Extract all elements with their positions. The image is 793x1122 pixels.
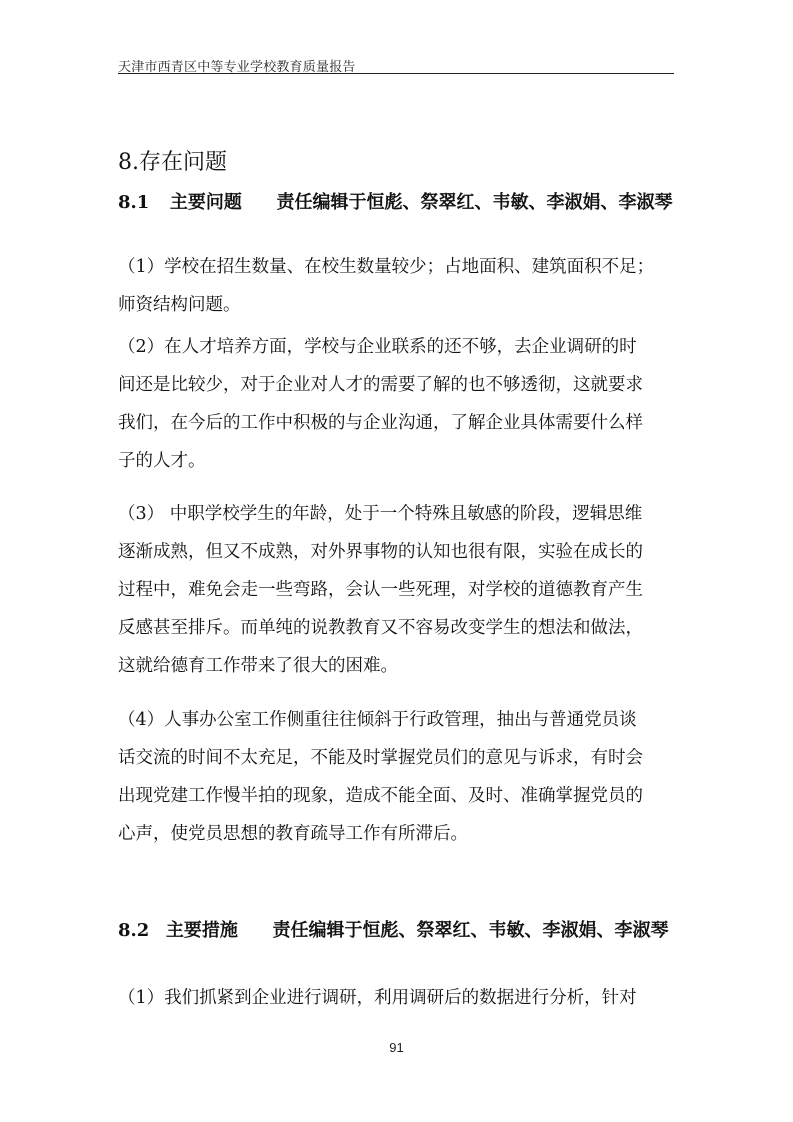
subsection-title: 主要问题 — [170, 192, 242, 213]
text-line: 话交流的时间不太充足，不能及时掌握党员们的意见与诉求，有时会 — [118, 744, 678, 769]
header-divider — [118, 73, 674, 74]
subsection-editors: 责任编辑于恒彪、祭翠红、韦敏、李淑娟、李淑琴 — [272, 920, 668, 941]
text-line: 这就给德育工作带来了很大的困难。 — [118, 652, 678, 677]
section-title: 8.存在问题 — [118, 145, 227, 176]
text-line: 心声，使党员思想的教育疏导工作有所滞后。 — [118, 820, 678, 845]
text-line: 子的人才。 — [118, 447, 678, 472]
text-line: 过程中，难免会走一些弯路，会认一些死理，对学校的道德教育产生 — [118, 576, 678, 601]
text-line: 逐渐成熟，但又不成熟，对外界事物的认知也很有限，实验在成长的 — [118, 538, 678, 563]
subsection-title: 主要措施 — [166, 920, 238, 941]
text-line: （1）我们抓紧到企业进行调研，利用调研后的数据进行分析，针对 — [118, 984, 678, 1009]
text-line: 反感甚至排斥。而单纯的说教教育又不容易改变学生的想法和做法， — [118, 614, 678, 639]
text-line: 间还是比较少，对于企业对人才的需要了解的也不够透彻，这就要求 — [118, 371, 678, 396]
text-line: 师资结构问题。 — [118, 291, 678, 316]
subsection-number: 8.1 — [118, 192, 149, 213]
text-line: 我们，在今后的工作中积极的与企业沟通，了解企业具体需要什么样 — [118, 409, 678, 434]
subsection-heading-8-1: 8.1 主要问题 责任编辑于恒彪、祭翠红、韦敏、李淑娟、李淑琴 — [118, 188, 672, 214]
text-line: 出现党建工作慢半拍的现象，造成不能全面、及时、准确掌握党员的 — [118, 782, 678, 807]
text-line: （2）在人才培养方面，学校与企业联系的还不够，去企业调研的时 — [118, 333, 678, 358]
subsection-number: 8.2 — [118, 920, 149, 941]
text-line: （1）学校在招生数量、在校生数量较少；占地面积、建筑面积不足； — [118, 253, 678, 278]
page-number: 91 — [0, 1040, 793, 1055]
subsection-heading-8-2: 8.2 主要措施 责任编辑于恒彪、祭翠红、韦敏、李淑娟、李淑琴 — [118, 916, 668, 942]
subsection-editors: 责任编辑于恒彪、祭翠红、韦敏、李淑娟、李淑琴 — [276, 192, 672, 213]
text-line: （4）人事办公室工作侧重往往倾斜于行政管理，抽出与普通党员谈 — [118, 706, 678, 731]
text-line: （3） 中职学校学生的年龄，处于一个特殊且敏感的阶段，逻辑思维 — [118, 500, 678, 525]
